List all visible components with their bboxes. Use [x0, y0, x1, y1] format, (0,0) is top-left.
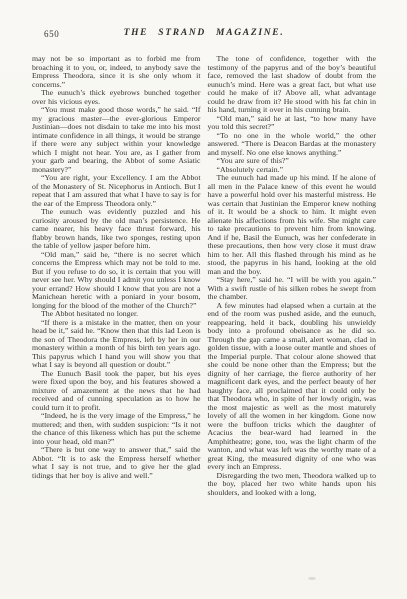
paragraph: The tone of confidence, together with th… [208, 55, 377, 115]
paragraph: The eunuch was evidently puzzled and his… [32, 208, 201, 251]
page-header: 650 THE STRAND MAGAZINE. [32, 28, 376, 42]
left-column: may not be so important as to forbid me … [32, 55, 201, 497]
paragraph: “You are right, your Excellency. I am th… [32, 174, 201, 208]
text-block: may not be so important as to forbid me … [32, 55, 376, 497]
page-title: THE STRAND MAGAZINE. [32, 28, 376, 38]
paragraph: Disregarding the two men, Theodora walke… [208, 472, 377, 498]
paragraph: may not be so important as to forbid me … [32, 55, 201, 89]
paragraph: “You must make good those words,” he sai… [32, 106, 201, 174]
paragraph: “Indeed, he is the very image of the Emp… [32, 412, 201, 446]
paragraph: The Eunuch Basil took the paper, but his… [32, 370, 201, 413]
page-number: 650 [44, 29, 59, 39]
paragraph: “To no one in the whole world,” the othe… [208, 132, 377, 158]
paragraph: “Stay here,” said he. “I will be with yo… [208, 276, 377, 302]
paragraph: “Old man,” said he at last, “to how many… [208, 115, 377, 132]
paragraph: “There is but one way to answer that,” s… [32, 446, 201, 480]
magazine-page: 650 THE STRAND MAGAZINE. may not be so i… [0, 0, 407, 599]
paragraph: A few minutes had elapsed when a curtain… [208, 302, 377, 472]
scan-smudge [308, 577, 316, 580]
paragraph: “Old man,” said he, “there is no secret … [32, 251, 201, 311]
paragraph: “If there is a mistake in the matter, th… [32, 319, 201, 370]
right-column: The tone of confidence, together with th… [208, 55, 377, 497]
paragraph: The eunuch had made up his mind. If he a… [208, 174, 377, 276]
paragraph: The eunuch’s thick eyebrows bunched toge… [32, 89, 201, 106]
